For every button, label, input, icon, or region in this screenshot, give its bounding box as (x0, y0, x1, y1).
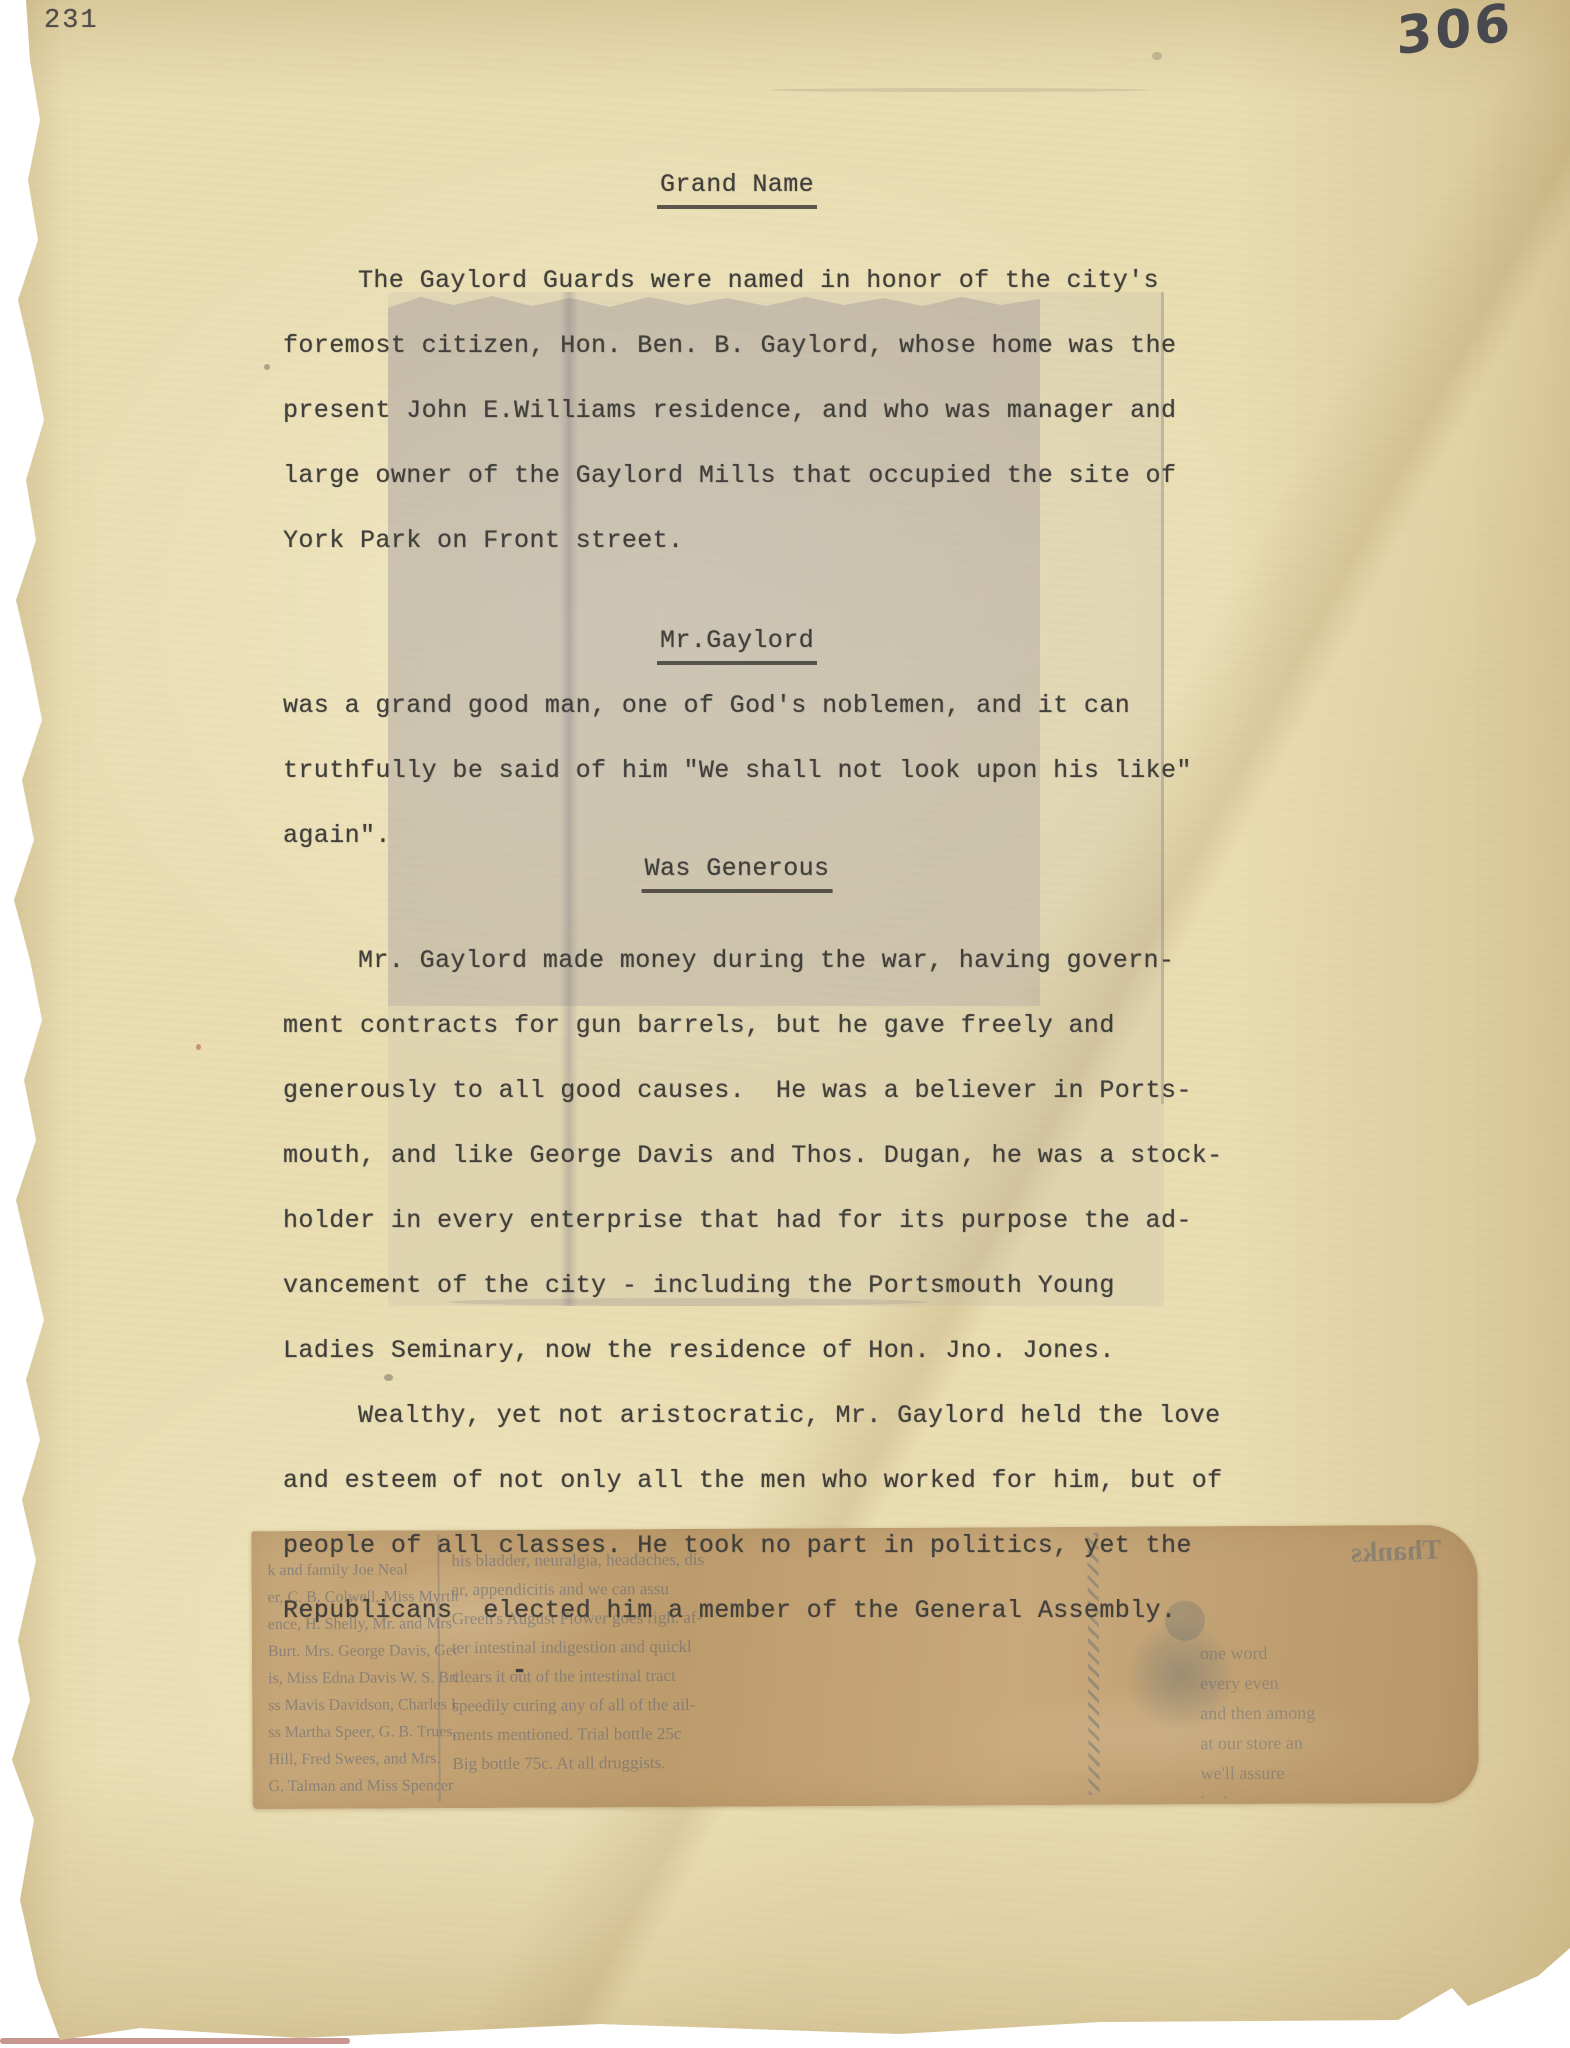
clipping-text-line: one word (1200, 1637, 1450, 1668)
typed-line: The Gaylord Guards were named in honor o… (283, 266, 1159, 296)
typed-line: generously to all good causes. He was a … (283, 1076, 1192, 1106)
typed-line: people of all classes. He took no part i… (283, 1531, 1192, 1561)
section-heading-was-generous: Was Generous (642, 854, 833, 893)
typed-dash-mark: - (512, 1656, 527, 1686)
typed-line: truthfully be said of him "We shall not … (283, 756, 1192, 786)
clipping-text-line: at our store an (1200, 1727, 1450, 1758)
typed-line: and esteem of not only all the men who w… (283, 1466, 1223, 1496)
typed-line: Republicans elected him a member of the … (283, 1596, 1176, 1626)
typed-line: holder in every enterprise that had for … (283, 1206, 1192, 1236)
typed-line: Mr. Gaylord made money during the war, h… (283, 946, 1174, 976)
ink-speck (264, 364, 270, 370)
clipping-text-line: ss Mavis Davidson, Charles Horr, (268, 1691, 458, 1719)
clipping-mirrored-headline: Thanks (1181, 1534, 1442, 1576)
clipping-text-line: Hill, Fred Swees, and Mrs. (268, 1745, 458, 1773)
typed-line: foremost citizen, Hon. Ben. B. Gaylord, … (283, 331, 1176, 361)
typed-line: mouth, and like George Davis and Thos. D… (283, 1141, 1223, 1171)
clipping-text-line: Burt. Mrs. George Davis, George (268, 1637, 458, 1665)
scanned-document-page: k and family Joe Nealer, C. B. Colwell, … (0, 0, 1570, 2048)
typed-line: again". (283, 821, 391, 851)
typed-line: was a grand good man, one of God's noble… (283, 691, 1130, 721)
clipping-text-line: G. Talman and Miss Spencer (269, 1772, 459, 1800)
typed-line: Ladies Seminary, now the residence of Ho… (283, 1336, 1115, 1366)
clipping-text-line: Big bottle 75c. At all druggists. (452, 1746, 1080, 1778)
underlying-page-edge (0, 2038, 350, 2044)
section-heading-grand-name: Grand Name (657, 170, 817, 209)
typed-page-number: 231 (44, 6, 99, 36)
clipping-hatched-rule (1087, 1533, 1099, 1795)
clipping-text-line: speedily curing any of all of the ail- (452, 1688, 1080, 1720)
clipping-text-line: ss Martha Speer, G. B. Trues, W. (268, 1718, 458, 1746)
typed-line: ment contracts for gun barrels, but he g… (283, 1011, 1115, 1041)
typed-line: York Park on Front street. (283, 526, 683, 556)
newspaper-clipping: k and family Joe Nealer, C. B. Colwell, … (251, 1525, 1478, 1809)
stray-pen-mark (384, 1374, 393, 1381)
typed-line: large owner of the Gaylord Mills that oc… (283, 461, 1176, 491)
clipping-text-line: ments mentioned. Trial bottle 25c (452, 1717, 1080, 1749)
clipping-text-line: herbs (1201, 1787, 1451, 1798)
clipping-names-column: k and family Joe Nealer, C. B. Colwell, … (267, 1556, 458, 1803)
section-heading-mr-gaylord: Mr.Gaylord (657, 626, 817, 665)
clipping-text-line: clears it out of the intestinal tract (452, 1659, 1080, 1691)
typed-line: present John E.Williams residence, and w… (283, 396, 1176, 426)
clipping-right-fragments: one wordevery evenand then amongat our s… (1200, 1637, 1451, 1798)
ink-speck (1152, 52, 1162, 60)
typed-line: vancement of the city - including the Po… (283, 1271, 1115, 1301)
clipping-text-line: is, Miss Edna Davis W. S. Bridges (268, 1664, 458, 1692)
typed-line: Wealthy, yet not aristocratic, Mr. Gaylo… (283, 1401, 1221, 1431)
smudge-mark (770, 88, 1150, 92)
red-speck (196, 1044, 201, 1050)
clipping-text-line: we'll assure (1200, 1757, 1450, 1788)
clipping-text-line: every even (1200, 1667, 1450, 1698)
clipping-text-line: and then among (1200, 1697, 1450, 1728)
clipping-text-line: ter intestinal indigestion and quickl (452, 1630, 1080, 1662)
clipping-ad-column: his bladder, neuralgia, headaches, disar… (451, 1543, 1080, 1798)
